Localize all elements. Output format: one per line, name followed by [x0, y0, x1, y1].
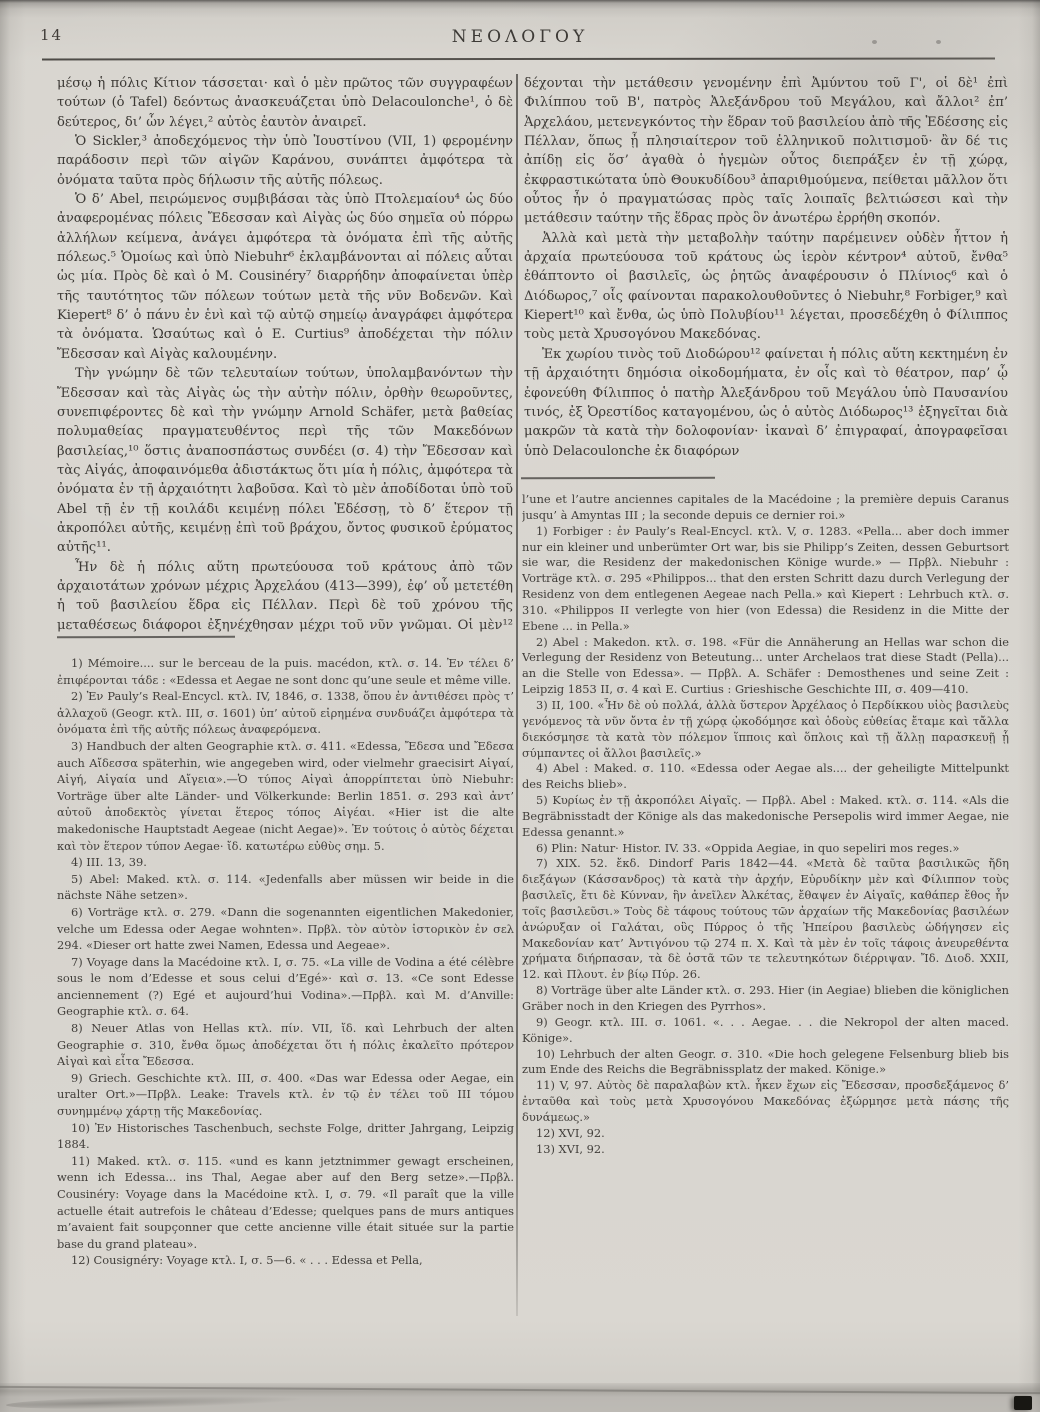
body-paragraph: Ἐκ χωρίου τινὸς τοῦ Διοδώρου¹² φαίνεται …: [524, 345, 1008, 461]
footnote-separator-rule: [521, 477, 715, 479]
scanned-journal-page: 14 ΝΕΟΛΟΓΟΥ μέσῳ ἡ πόλις Κίτιον τάσσεται…: [0, 0, 1040, 1412]
footnote: 5) Κυρίως ἐν τῇ ἀκροπόλει Αἰγαῖς. — Πρβλ…: [522, 793, 1009, 841]
footnote: 11) Maked. κτλ. σ. 115. «und es kann jet…: [57, 1153, 514, 1253]
right-column-body: δέχονται τὴν μετάθεσιν γενομένην ἐπὶ Ἀμύ…: [524, 74, 1008, 462]
footnote-continuation: l’une et l’autre anciennes capitales de …: [522, 492, 1009, 524]
footnote: 5) Abel: Maked. κτλ. σ. 114. «Jedenfalls…: [57, 871, 514, 904]
page-bottom-edge-line: [0, 1386, 1040, 1394]
footnote: 6) Vorträge κτλ. σ. 279. «Dann die sogen…: [57, 904, 514, 954]
footnote: 9) Griech. Geschichte κτλ. III, σ. 400. …: [57, 1070, 514, 1120]
footnote: 7) XIX. 52. ἔκδ. Dindorf Paris 1842—44. …: [522, 856, 1009, 983]
footnote: 10) Lehrbuch der alten Geogr. σ. 310. «D…: [522, 1047, 1009, 1079]
body-paragraph: Ἦν δὲ ἡ πόλις αὕτη πρωτεύουσα τοῦ κράτου…: [57, 558, 513, 632]
footnote: 6) Plin: Natur· Histor. IV. 33. «Oppida …: [522, 841, 1009, 857]
footnote: 11) V, 97. Αὐτὸς δὲ παραλαβὼν κτλ. ἧκεν …: [522, 1078, 1009, 1126]
footnote: 10) Ἐν Historisches Taschenbuch, sechste…: [57, 1120, 514, 1153]
footnote: 13) XVI, 92.: [522, 1142, 1009, 1158]
footnote: 1) Forbiger : ἐν Pauly’s Real-Encycl. κτ…: [522, 524, 1009, 635]
left-column-footnotes: 1) Mémoire.... sur le berceau de la puis…: [57, 655, 514, 1310]
right-column-footnotes: l’une et l’autre anciennes capitales de …: [522, 492, 1009, 1318]
footnote: 2) Abel : Makedon. κτλ. σ. 198. «Für die…: [522, 635, 1009, 698]
body-paragraph: Τὴν γνώμην δὲ τῶν τελευταίων τούτων, ὑπο…: [57, 364, 513, 557]
journal-title: ΝΕΟΛΟΓΟΥ: [0, 27, 1040, 47]
footnote: 2) Ἐν Pauly’s Real-Encycl. κτλ. IV, 1846…: [57, 688, 514, 738]
body-paragraph: Ἀλλὰ καὶ μετὰ τὴν μεταβολὴν ταύτην παρέμ…: [524, 229, 1008, 345]
footnote: 7) Voyage dans la Macédoine κτλ. I, σ. 7…: [57, 954, 514, 1020]
scan-smudge: [6, 1393, 306, 1411]
footnote: 4) Abel : Maked. σ. 110. «Edessa oder Ae…: [522, 761, 1009, 793]
footnote: 4) III. 13, 39.: [57, 854, 514, 871]
body-paragraph: Ὁ δ’ Abel, πειρώμενος συμβιβάσαι τὰς ὑπὸ…: [57, 190, 513, 364]
footnote: 8) Vorträge über alte Länder κτλ. σ. 293…: [522, 983, 1009, 1015]
footnote: 1) Mémoire.... sur le berceau de la puis…: [57, 655, 514, 688]
footnote-separator-rule: [57, 636, 235, 638]
footnote: 3) Handbuch der alten Geographie κτλ. σ.…: [57, 738, 514, 854]
ink-blot: [1014, 1396, 1032, 1410]
footnote: 8) Neuer Atlas von Hellas κτλ. πίν. VII,…: [57, 1020, 514, 1070]
header-rule: [42, 58, 995, 61]
footnote: 3) II, 100. «Ἦν δὲ οὐ πολλά, ἀλλὰ ὕστερο…: [522, 698, 1009, 761]
body-paragraph: μέσῳ ἡ πόλις Κίτιον τάσσεται· καὶ ὁ μὲν …: [57, 74, 513, 132]
footnote: 9) Geogr. κτλ. III. σ. 1061. «. . . Aega…: [522, 1015, 1009, 1047]
left-column-body: μέσῳ ἡ πόλις Κίτιον τάσσεται· καὶ ὁ μὲν …: [57, 74, 513, 632]
page-bottom-edge-shadow: [0, 1383, 1040, 1412]
body-paragraph: δέχονται τὴν μετάθεσιν γενομένην ἐπὶ Ἀμύ…: [524, 74, 1008, 229]
body-paragraph: Ὁ Sickler,³ ἀποδεχόμενος τὴν ὑπὸ Ἰουστίν…: [57, 132, 513, 190]
footnote: 12) XVI, 92.: [522, 1126, 1009, 1142]
footnote: 12) Cousignéry: Voyage κτλ. I, σ. 5—6. «…: [57, 1252, 514, 1269]
column-divider-rule: [516, 74, 518, 1316]
